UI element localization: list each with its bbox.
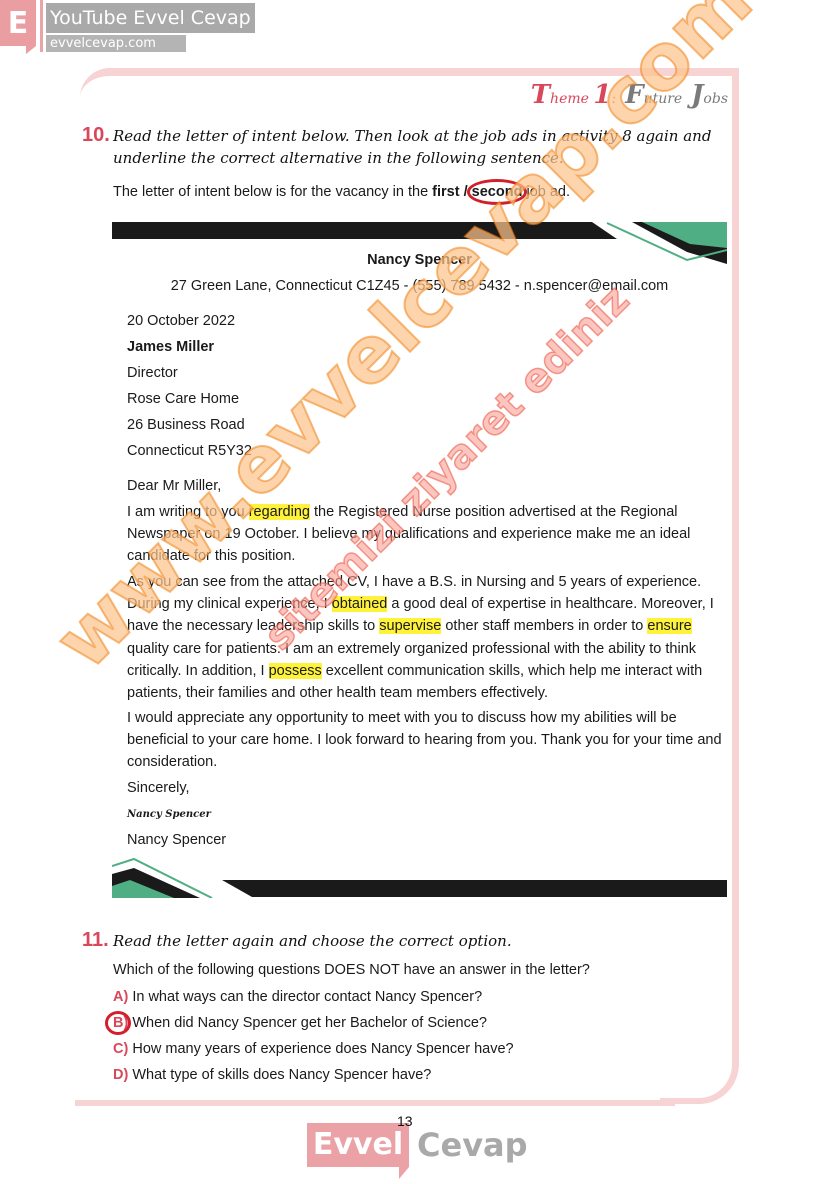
signature: Nancy Spencer <box>127 809 211 820</box>
p1-text-a: I am writing to you <box>127 504 249 520</box>
recipient-name: James Miller <box>127 339 214 355</box>
option-second-circled[interactable]: second <box>472 184 523 200</box>
signed-name: Nancy Spencer <box>127 832 226 848</box>
option-a[interactable]: A) In what ways can the director contact… <box>113 989 482 1005</box>
letter-paragraph-1: I am writing to you regarding the Regist… <box>127 501 727 568</box>
letter-date: 20 October 2022 <box>127 313 235 329</box>
activity-11-question: Which of the following questions DOES NO… <box>113 962 590 978</box>
option-first[interactable]: first <box>432 184 459 200</box>
badge-divider <box>40 0 43 52</box>
theme-heading: Theme 1: Future Jobs <box>531 80 728 110</box>
option-d-letter: D) <box>113 1067 128 1083</box>
letter-paragraph-2: As you can see from the attached CV, I h… <box>127 571 727 704</box>
activity-10-instruction: Read the letter of intent below. Then lo… <box>113 125 711 169</box>
highlight-ensure: ensure <box>647 618 691 634</box>
activity-11-instruction: Read the letter again and choose the cor… <box>113 930 512 952</box>
option-b-letter-circled: B) <box>113 1015 128 1031</box>
highlight-supervise: supervise <box>379 618 441 634</box>
page-frame-bottom <box>75 1100 675 1106</box>
option-d-text: What type of skills does Nancy Spencer h… <box>132 1067 431 1083</box>
p2-text-c: other staff members in order to <box>441 618 647 634</box>
channel-url: evvelcevap.com <box>46 35 186 52</box>
sender-name: Nancy Spencer <box>112 252 727 268</box>
activity-11-number: 11. <box>82 929 109 952</box>
jobs-initial: J <box>691 80 703 110</box>
jobs-word: obs <box>703 91 728 107</box>
option-c-letter: C) <box>113 1041 128 1057</box>
letter-bottom-banner <box>112 856 727 898</box>
highlight-regarding: regarding <box>249 504 310 520</box>
recipient-org: Rose Care Home <box>127 391 239 407</box>
evvel-logo-icon: E <box>0 0 36 46</box>
theme-initial: T <box>531 80 550 110</box>
activity-10-number: 10. <box>82 124 110 147</box>
option-a-text: In what ways can the director contact Na… <box>132 989 482 1005</box>
channel-badge: E YouTube Evvel Cevap evvelcevap.com <box>0 0 260 60</box>
option-a-letter: A) <box>113 989 128 1005</box>
option-d[interactable]: D) What type of skills does Nancy Spence… <box>113 1067 431 1083</box>
recipient-title: Director <box>127 365 178 381</box>
future-word: uture <box>644 91 683 107</box>
recipient-street: 26 Business Road <box>127 417 245 433</box>
closing: Sincerely, <box>127 780 190 796</box>
future-initial: F <box>625 80 643 110</box>
theme-word: heme <box>550 91 589 107</box>
letter-paragraph-3: I would appreciate any opportunity to me… <box>127 707 727 774</box>
sender-contact: 27 Green Lane, Connecticut C1Z45 - (555)… <box>112 278 727 294</box>
footer-logo-cevap: Cevap <box>417 1123 528 1167</box>
activity-10-sentence: The letter of intent below is for the va… <box>113 184 570 200</box>
sentence-after: job ad. <box>522 184 570 200</box>
channel-title: YouTube Evvel Cevap <box>46 3 255 33</box>
theme-number: 1 <box>593 80 611 110</box>
footer-logo-evvel: Evvel <box>307 1123 409 1167</box>
option-c[interactable]: C) How many years of experience does Nan… <box>113 1041 514 1057</box>
option-b-text: When did Nancy Spencer get her Bachelor … <box>132 1015 487 1031</box>
recipient-city: Connecticut R5Y32 <box>127 443 252 459</box>
instruction-line-2: underline the correct alternative in the… <box>113 147 711 169</box>
option-b[interactable]: B) When did Nancy Spencer get her Bachel… <box>113 1015 487 1031</box>
page-number: 13 <box>397 1113 413 1129</box>
option-c-text: How many years of experience does Nancy … <box>132 1041 513 1057</box>
sentence-before: The letter of intent below is for the va… <box>113 184 432 200</box>
theme-colon: : <box>611 91 616 107</box>
salutation: Dear Mr Miller, <box>127 478 221 494</box>
highlight-possess: possess <box>269 663 322 679</box>
instruction-line-1: Read the letter of intent below. Then lo… <box>113 125 711 147</box>
highlight-obtained: obtained <box>332 596 388 612</box>
